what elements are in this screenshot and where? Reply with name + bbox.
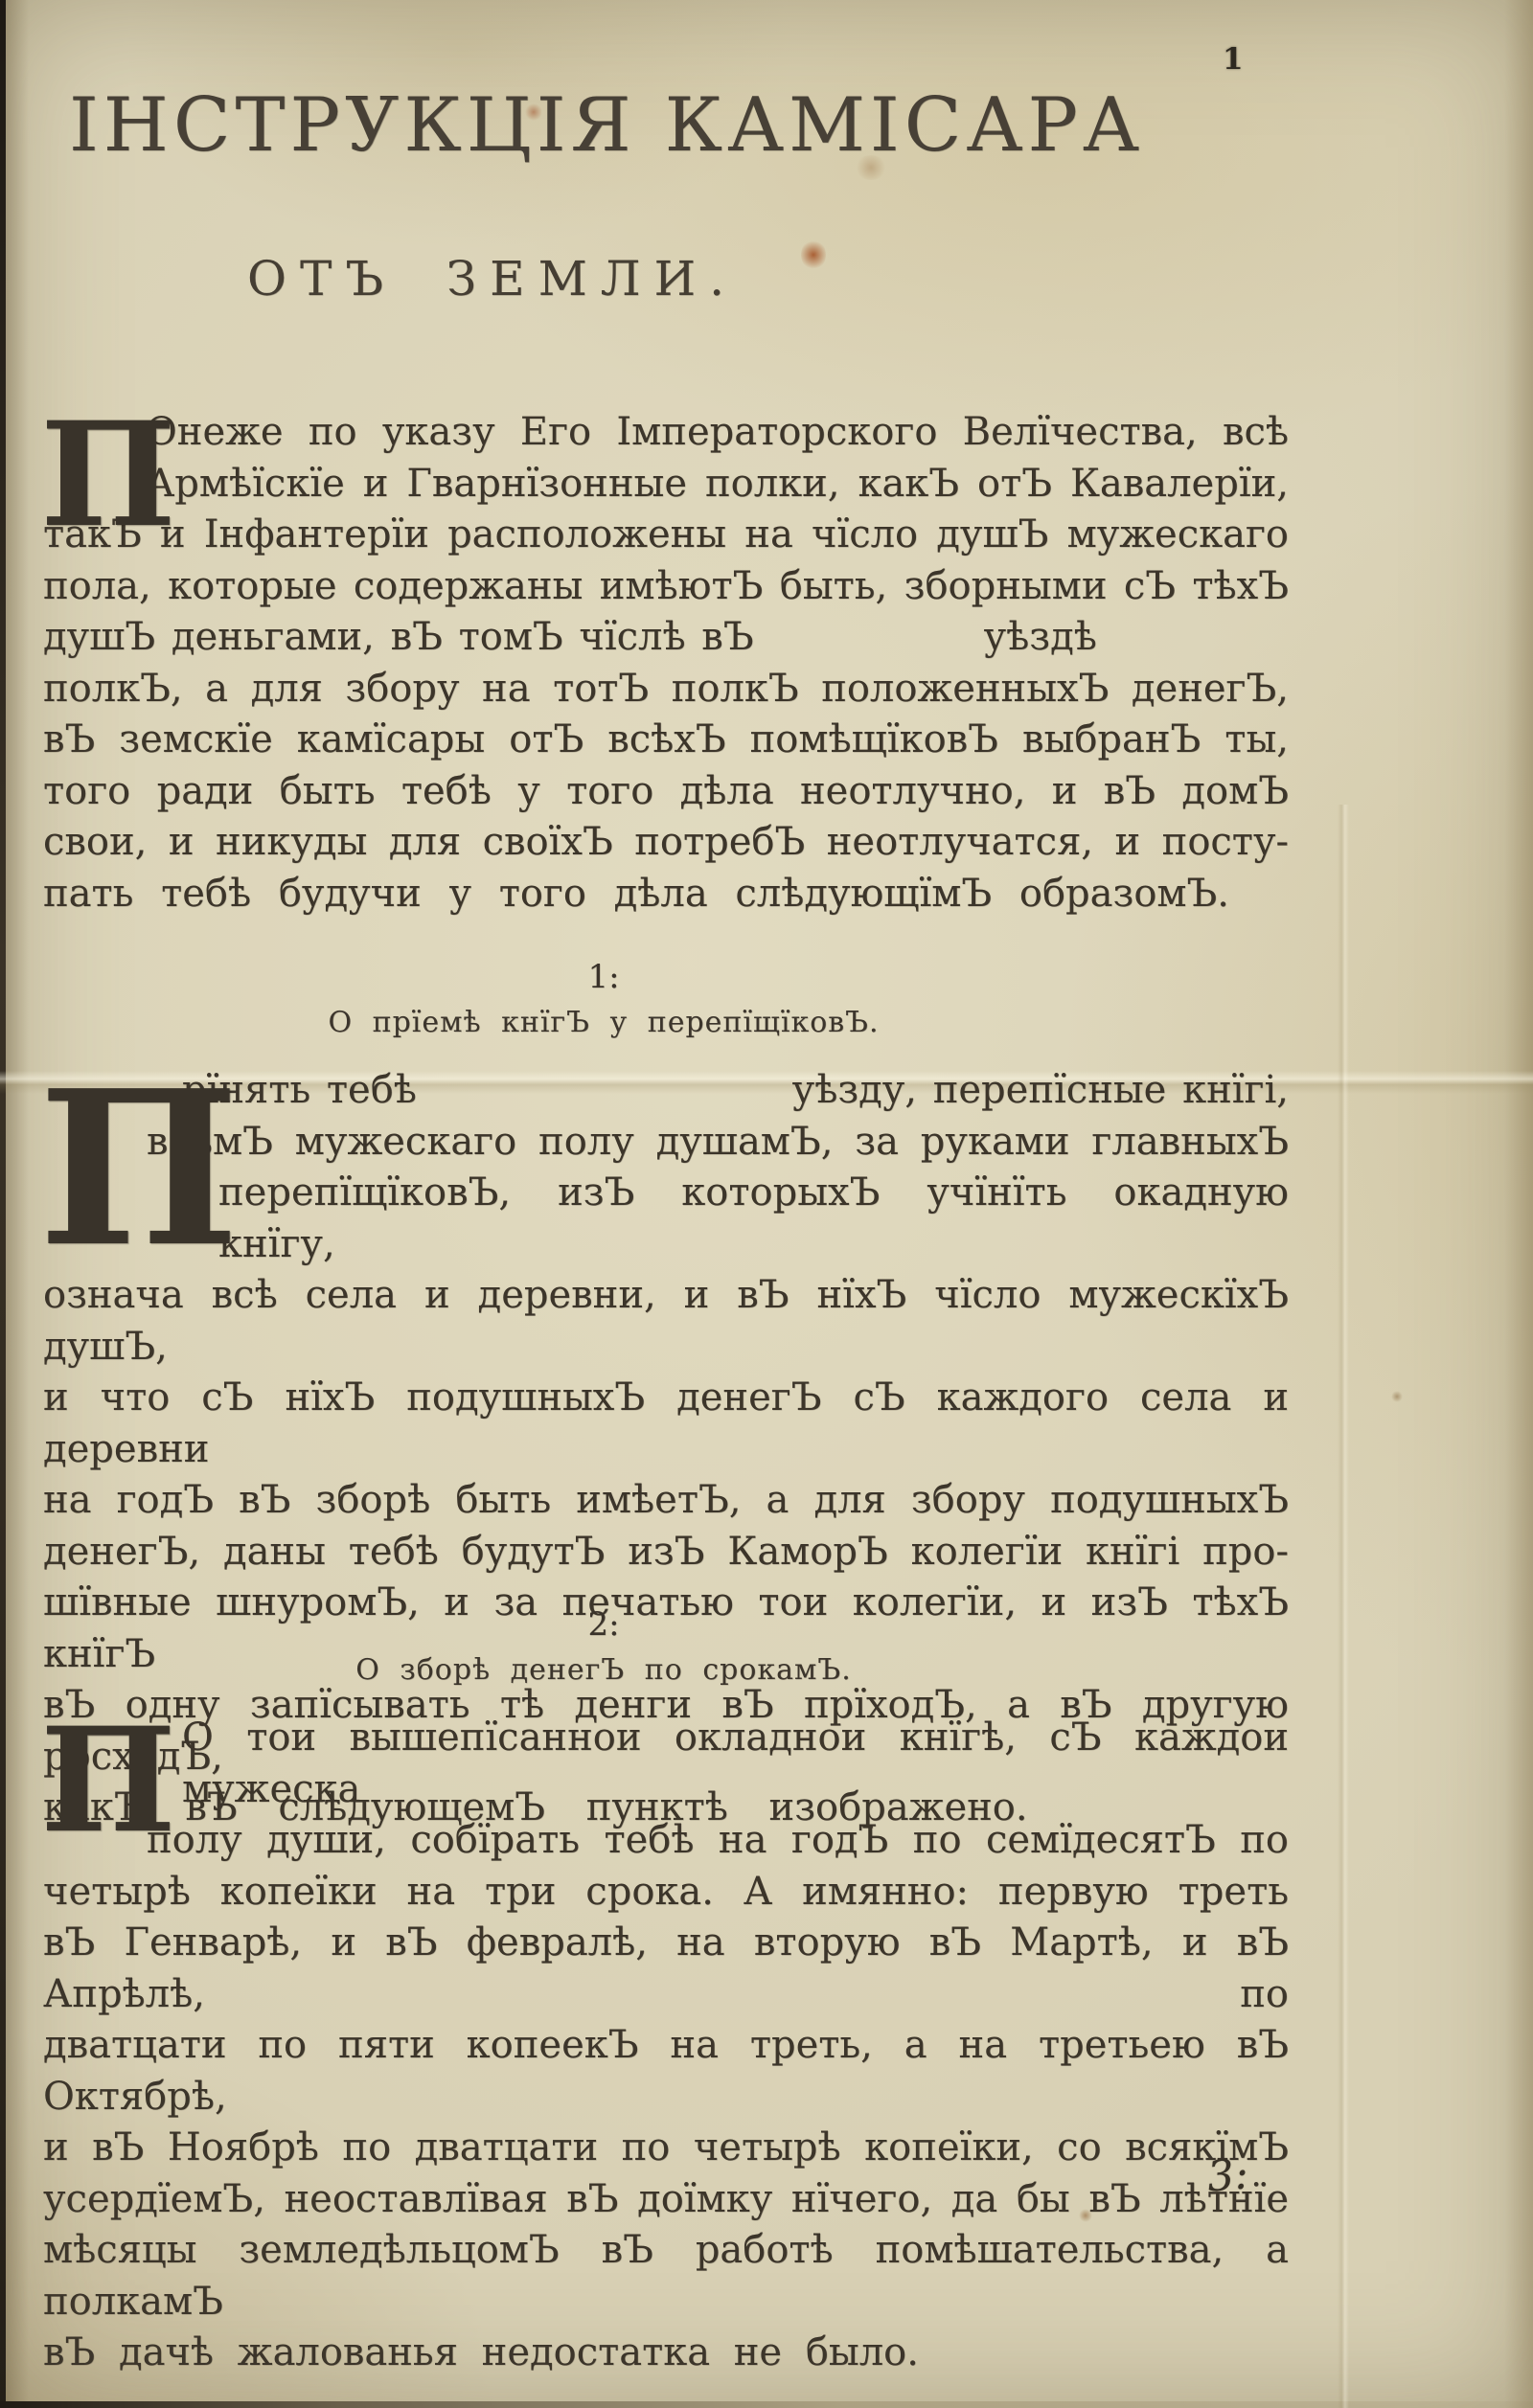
text-line: свои, и никуды для своїхЪ потребЪ неотлу… [43, 817, 1289, 869]
document-subtitle: ОТЪ ЗЕМЛИ. [247, 251, 738, 307]
text-line: того ради быть тебѣ у того дѣла неотлучн… [43, 766, 1289, 818]
text-line: мѣсяцы земледѣльцомЪ вЪ работѣ помѣшател… [43, 2225, 1289, 2328]
text-line: вЪ дачѣ жалованья недостатка не было. [43, 2328, 1289, 2379]
text-line: вЪ Генварѣ, и вЪ февралѣ, на вторую вЪ М… [43, 1918, 1289, 2020]
page-number: 1 [1223, 42, 1244, 77]
title-word-2: КАМІСАРА [665, 82, 1144, 169]
section-2-number: 2: [43, 1605, 1164, 1644]
drop-cap-initial: П [40, 403, 176, 547]
text-line: и вЪ Ноябрѣ по дватцати по четырѣ копеїк… [43, 2123, 1289, 2174]
ink-stain [801, 239, 826, 270]
section-1-heading: О прїемѣ кнїгЪ у перепїщїковЪ. [43, 1006, 1164, 1039]
text-after-blank: уѣздѣ [984, 612, 1097, 664]
section-2-heading: О зборѣ денегЪ по срокамЪ. [43, 1653, 1164, 1687]
section-2-paragraph: П О тои вышепїсаннои окладнои кнїгѣ, сЪ … [0, 1713, 1533, 2379]
text-line: Армѣїскїе и Гварнїзонные полки, какЪ отЪ… [146, 459, 1289, 511]
scanned-document-page: 1 ІНСТРУКЦІЯ КАМІСАРА ОТЪ ЗЕМЛИ. П Онеже… [0, 0, 1533, 2408]
text-line: денегЪ, даны тебѣ будутЪ изЪ КаморЪ коле… [43, 1527, 1289, 1579]
text-line: Онеже по указу Его Імператорского Велїче… [146, 407, 1289, 459]
text-after-blank: уѣзду, перепїсные кнїгі, [792, 1065, 1289, 1117]
document-title: ІНСТРУКЦІЯ КАМІСАРА [69, 82, 1144, 169]
drop-cap-initial: П [38, 1063, 240, 1276]
title-word-1: ІНСТРУКЦІЯ [69, 82, 636, 169]
text-line: усердїемЪ, неоставлївая вЪ доїмку нїчего… [43, 2174, 1289, 2226]
text-line: пать тебѣ будучи у того дѣла слѣдующїмЪ … [43, 869, 1289, 920]
text-line-with-blank: душЪ деньгами, вЪ томЪ чїслѣ вЪ уѣздѣ [43, 612, 1289, 664]
intro-paragraph: П Онеже по указу Его Імператорского Велї… [0, 407, 1533, 920]
text-line: такЪ и Інфантерїи расположены на чїсло д… [43, 510, 1289, 561]
text-line: дватцати по пяти копеекЪ на треть, а на … [43, 2020, 1289, 2123]
blank-space-for-uyezd-name [754, 612, 984, 664]
text-line: вЪ земскїе камїсары отЪ всѣхЪ помѣщїковЪ… [43, 715, 1289, 766]
text-line: на годЪ вЪ зборѣ быть имѣетЪ, а для збор… [43, 1475, 1289, 1527]
text-line: перепїщїковЪ, изЪ которыхЪ учїнїть окадн… [218, 1168, 1289, 1270]
text-line: полу души, собїрать тебѣ на годЪ по семї… [147, 1815, 1289, 1867]
text-line: О тои вышепїсаннои окладнои кнїгѣ, сЪ ка… [182, 1713, 1289, 1815]
text-before-blank: душЪ деньгами, вЪ томЪ чїслѣ вЪ [43, 612, 754, 664]
text-line: пола, которые содержаны имѣютЪ быть, збо… [43, 561, 1289, 613]
section-1-number: 1: [43, 958, 1164, 996]
text-line: полкЪ, а для збору на тотЪ полкЪ положен… [43, 664, 1289, 716]
text-line: и что сЪ нїхЪ подушныхЪ денегЪ сЪ каждог… [43, 1373, 1289, 1475]
text-line: четырѣ копеїки на три срока. А имянно: п… [43, 1867, 1289, 1919]
text-line: всѣмЪ мужескаго полу душамЪ, за руками г… [147, 1117, 1289, 1169]
page-bottom-edge [0, 2401, 1533, 2408]
blank-space-for-uyezd-name [417, 1065, 792, 1117]
text-line-with-blank: рїнять тебѣ уѣзду, перепїсные кнїгі, [182, 1065, 1289, 1117]
drop-cap-initial: П [40, 1709, 176, 1852]
catchword-next-section: 3: [1205, 2149, 1250, 2202]
